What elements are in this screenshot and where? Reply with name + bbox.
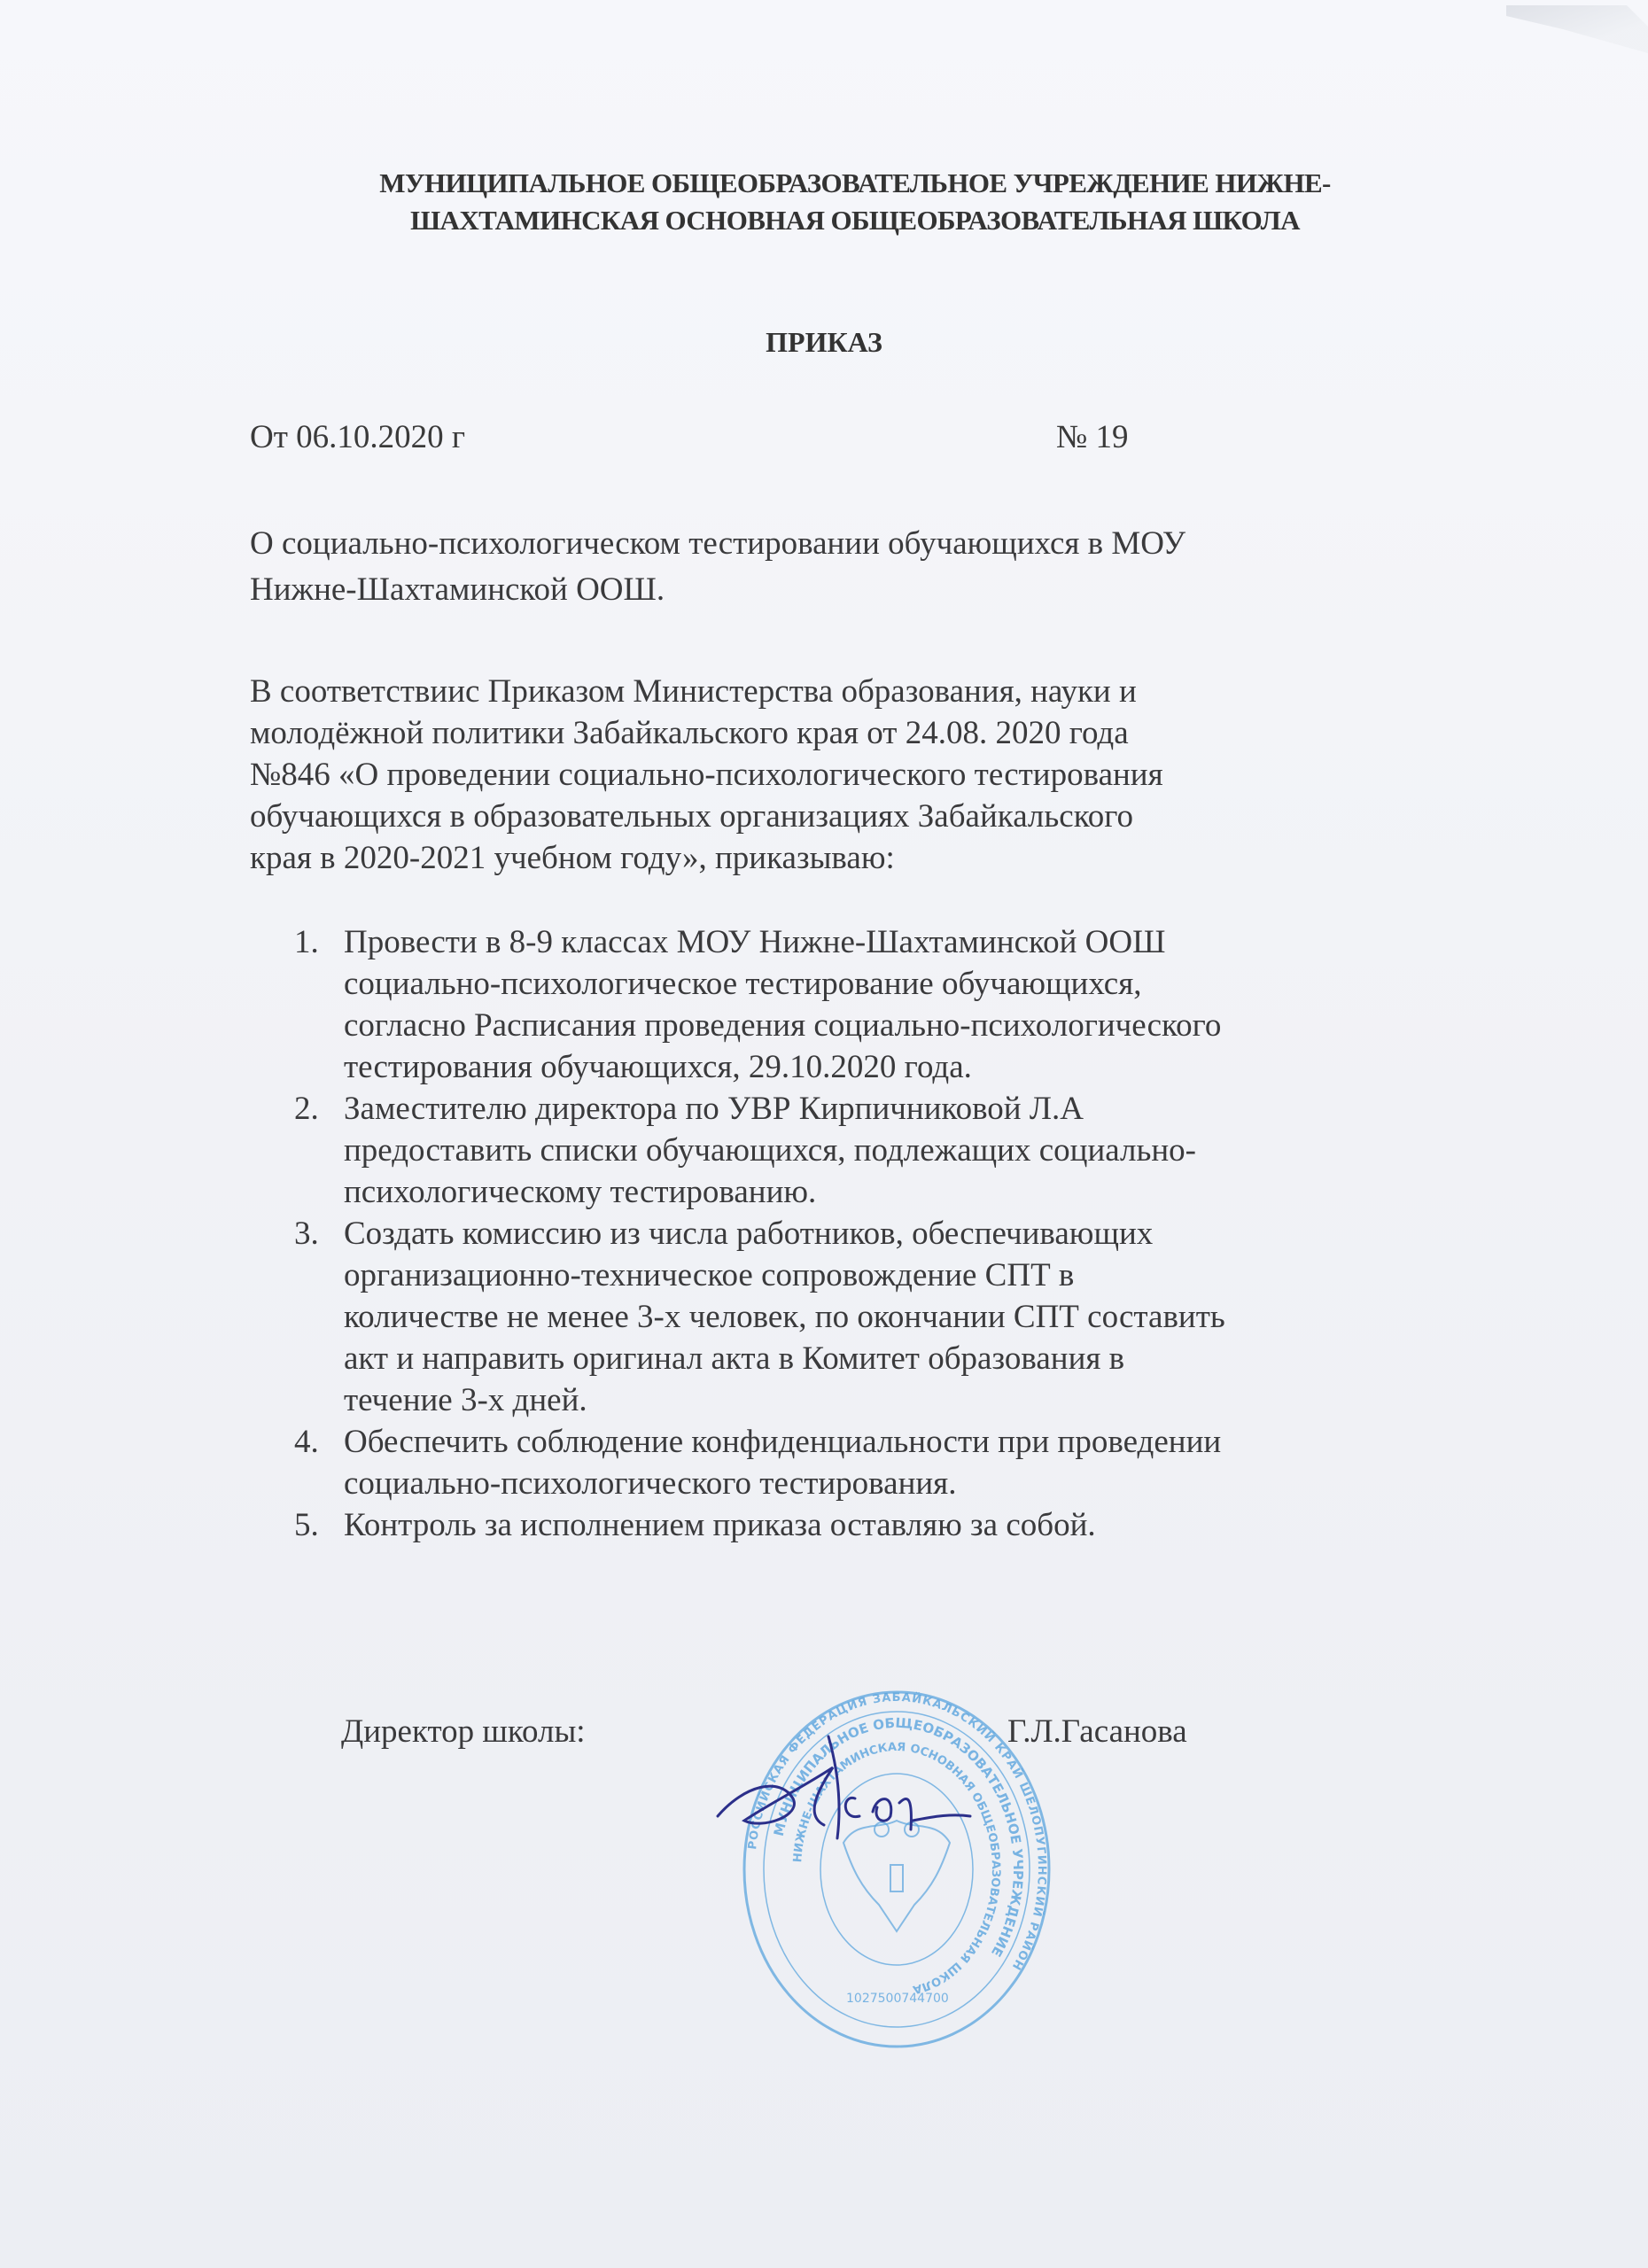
- order-items-list: 1. Провести в 8-9 классах МОУ Нижне-Шахт…: [294, 921, 1552, 1546]
- item-number: 3.: [294, 1213, 319, 1254]
- institution-header: МУНИЦИПАЛЬНОЕ ОБЩЕОБРАЗОВАТЕЛЬНОЕ УЧРЕЖД…: [266, 165, 1444, 239]
- order-item-2: 2. Заместителю директора по УВР Кирпични…: [294, 1088, 1552, 1213]
- subject-line-2: Нижне-Шахтаминской ООШ.: [250, 567, 1508, 613]
- item-line: Заместителю директора по УВР Кирпичников…: [344, 1088, 1552, 1130]
- item-number: 5.: [294, 1504, 319, 1546]
- handwritten-signature-icon: [709, 1732, 975, 1847]
- preamble-line: №846 «О проведении социально-психологиче…: [250, 754, 1526, 796]
- order-number: № 19: [1056, 418, 1129, 456]
- item-line: психологическому тестированию.: [344, 1171, 1552, 1213]
- item-line: социально-психологическое тестирование о…: [344, 963, 1552, 1005]
- order-date: От 06.10.2020 г: [250, 418, 465, 456]
- item-line: Контроль за исполнением приказа оставляю…: [344, 1504, 1552, 1546]
- preamble-line: В соответствиис Приказом Министерства об…: [250, 671, 1526, 712]
- document-page: МУНИЦИПАЛЬНОЕ ОБЩЕОБРАЗОВАТЕЛЬНОЕ УЧРЕЖД…: [0, 0, 1648, 2268]
- preamble-line: молодёжной политики Забайкальского края …: [250, 712, 1526, 754]
- item-line: течение 3-х дней.: [344, 1379, 1552, 1421]
- item-line: тестирования обучающихся, 29.10.2020 год…: [344, 1046, 1552, 1088]
- signatory-title: Директор школы:: [341, 1713, 586, 1751]
- item-number: 1.: [294, 921, 319, 963]
- item-line: предоставить списки обучающихся, подлежа…: [344, 1130, 1552, 1171]
- subject-line-1: О социально-психологическом тестировании…: [250, 521, 1508, 567]
- document-title: ПРИКАЗ: [0, 326, 1648, 359]
- item-line: акт и направить оригинал акта в Комитет …: [344, 1338, 1552, 1379]
- preamble-line: обучающихся в образовательных организаци…: [250, 796, 1526, 837]
- paper-corner-fold: [1506, 0, 1648, 53]
- item-line: согласно Расписания проведения социально…: [344, 1005, 1552, 1046]
- order-subject: О социально-психологическом тестировании…: [250, 521, 1508, 613]
- order-item-4: 4. Обеспечить соблюдение конфиденциально…: [294, 1421, 1552, 1504]
- order-item-5: 5. Контроль за исполнением приказа остав…: [294, 1504, 1552, 1546]
- item-number: 2.: [294, 1088, 319, 1130]
- header-line-1: МУНИЦИПАЛЬНОЕ ОБЩЕОБРАЗОВАТЕЛЬНОЕ УЧРЕЖД…: [266, 165, 1444, 202]
- item-line: Провести в 8-9 классах МОУ Нижне-Шахтами…: [344, 921, 1552, 963]
- svg-text:1027500744700: 1027500744700: [846, 1992, 949, 2006]
- item-line: социально-психологического тестирования.: [344, 1463, 1552, 1504]
- preamble: В соответствиис Приказом Министерства об…: [250, 671, 1526, 879]
- item-line: Создать комиссию из числа работников, об…: [344, 1213, 1552, 1254]
- item-line: количестве не менее 3-х человек, по окон…: [344, 1296, 1552, 1338]
- preamble-line: края в 2020-2021 учебном году», приказыв…: [250, 837, 1526, 879]
- item-line: Обеспечить соблюдение конфиденциальности…: [344, 1421, 1552, 1463]
- item-number: 4.: [294, 1421, 319, 1463]
- header-line-2: ШАХТАМИНСКАЯ ОСНОВНАЯ ОБЩЕОБРАЗОВАТЕЛЬНА…: [266, 202, 1444, 239]
- item-line: организационно-техническое сопровождение…: [344, 1254, 1552, 1296]
- order-item-3: 3. Создать комиссию из числа работников,…: [294, 1213, 1552, 1421]
- order-item-1: 1. Провести в 8-9 классах МОУ Нижне-Шахт…: [294, 921, 1552, 1088]
